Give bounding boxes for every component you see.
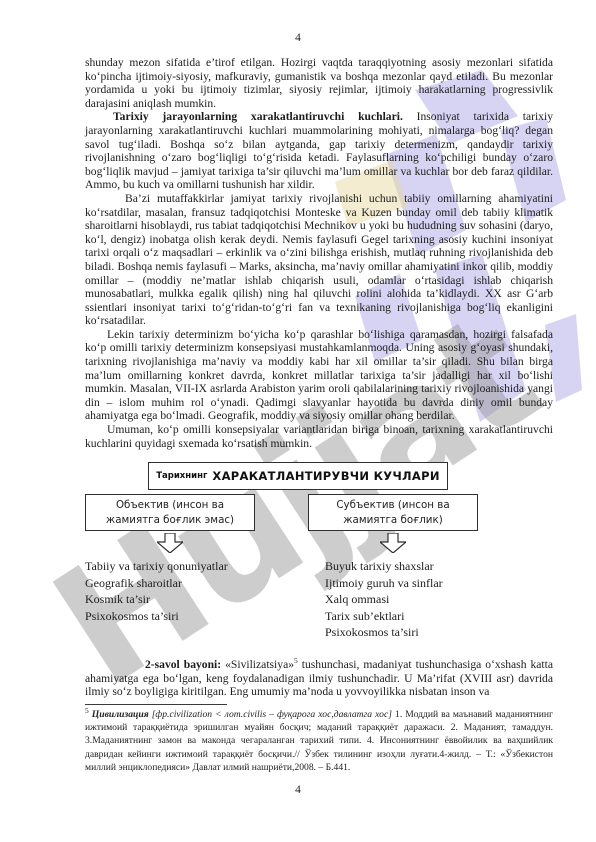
diagram-objective-box: Объектив (инсон ва жамиятга боғлик эмас)	[85, 494, 255, 531]
diagram-title-box: Тарихнинг харакатлантирувчи кучлари	[148, 462, 448, 490]
down-arrow-icon	[380, 533, 406, 553]
paragraph-driving-forces: Tarixiy jarayonlarning xarakatlantiruvch…	[85, 110, 553, 192]
paragraph-civilization: 2-savol bayoni: «Sivilizatsiya»5 tushunc…	[85, 658, 553, 699]
paragraph-civilization-lead: 2-savol bayoni:	[145, 658, 221, 671]
diagram-objective-list: Tabiiy va tarixiy qonuniyatlar Geografik…	[85, 558, 228, 624]
paragraph-thinkers: Ba’zi mutaffakkirlar jamiyat tarixiy riv…	[85, 192, 553, 328]
list-item: Ijtimoiy guruh va sinflar	[325, 575, 443, 592]
list-item: Kosmik ta’sir	[85, 591, 228, 608]
document-page: Hujjat 4 4 shunday mezon sifatida e’tiro…	[0, 0, 596, 842]
driving-forces-diagram: Тарихнинг харакатлантирувчи кучлари Объе…	[85, 462, 553, 644]
paragraph-determinism: Lekin tarixiy determinizm bo‘yicha ko‘p …	[85, 328, 553, 423]
list-item: Geografik sharoitlar	[85, 575, 228, 592]
paragraph-driving-forces-lead: Tarixiy jarayonlarning xarakatlantiruvch…	[113, 110, 403, 123]
page-content: shunday mezon sifatida e’tirof etilgan. …	[85, 0, 553, 774]
footnote-term: Цивилизация	[89, 709, 149, 720]
diagram-subjective-box: Субъектив (инсон ва жамиятга боғлик)	[308, 494, 478, 531]
list-item: Psixokosmos ta’siri	[85, 608, 228, 625]
diagram-title-main: харакатлантирувчи кучлари	[212, 469, 439, 483]
list-item: Tabiiy va tarixiy qonuniyatlar	[85, 558, 228, 575]
diagram-subjective-list: Buyuk tarixiy shaxslar Ijtimoiy guruh va…	[325, 558, 443, 641]
list-item: Psixokosmos ta’siri	[325, 624, 443, 641]
list-item: Tarix sub’ektlari	[325, 608, 443, 625]
footnote: 5 Цивилизация [фр.civilization < лот.civ…	[85, 708, 553, 774]
paragraph-scheme-intro: Umuman, ko‘p omilli konsepsiyalar varian…	[85, 423, 553, 450]
page-number-bottom: 4	[0, 784, 596, 796]
paragraph-criteria: shunday mezon sifatida e’tirof etilgan. …	[85, 56, 553, 110]
footnote-etymology: [фр.civilization < лот.civilis – фуқарог…	[149, 709, 392, 720]
list-item: Xalq ommasi	[325, 591, 443, 608]
list-item: Buyuk tarixiy shaxslar	[325, 558, 443, 575]
body-text: shunday mezon sifatida e’tirof etilgan. …	[85, 56, 553, 450]
footnote-separator	[85, 704, 227, 705]
body-text-continued: 2-savol bayoni: «Sivilizatsiya»5 tushunc…	[85, 658, 553, 699]
diagram-title-small: Тарихнинг	[156, 471, 207, 481]
down-arrow-icon	[157, 533, 183, 553]
